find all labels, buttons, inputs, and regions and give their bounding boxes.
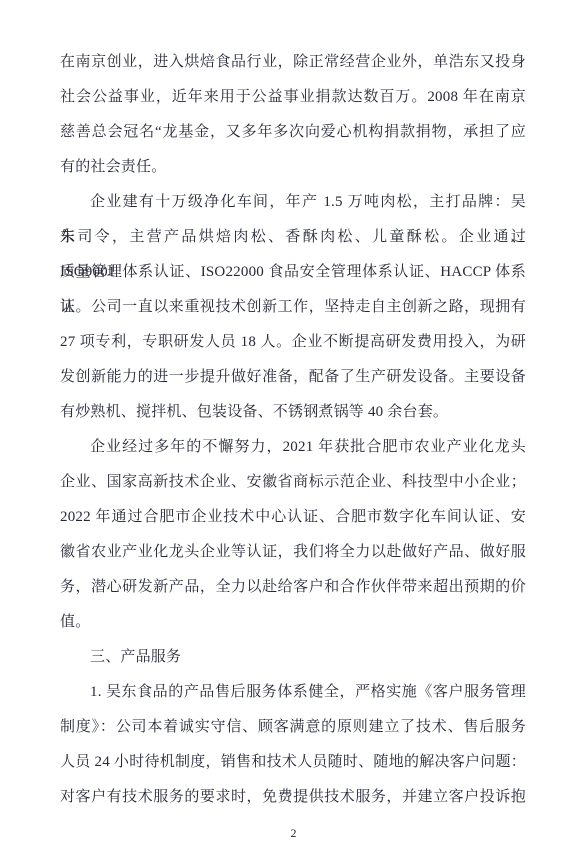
text-line: 质量管理体系认证、ISO22000 食品安全管理体系认证、HACCP 体系认 bbox=[60, 255, 526, 290]
text-line: 2022 年通过合肥市企业技术中心认证、合肥市数字化车间认证、安 bbox=[60, 500, 526, 535]
text-line: 企业、国家高新技术企业、安徽省商标示范企业、科技型中小企业； bbox=[60, 465, 526, 500]
text-line: 值。 bbox=[60, 605, 526, 640]
text-line: 1. 吴东食品的产品售后服务体系健全，严格实施《客户服务管理 bbox=[60, 675, 526, 710]
text-line: 企业建有十万级净化车间，年产 1.5 万吨肉松，主打品牌：吴东、 bbox=[60, 185, 526, 220]
text-line: 证。公司一直以来重视技术创新工作，坚持走自主创新之路，现拥有 bbox=[60, 290, 526, 325]
text-line: 在南京创业，进入烘焙食品行业，除正常经营企业外，单浩东又投身 bbox=[60, 45, 526, 80]
text-line: 企业经过多年的不懈努力，2021 年获批合肥市农业产业化龙头 bbox=[60, 430, 526, 465]
text-line: 制度》：公司本着诚实守信、顾客满意的原则建立了技术、售后服务 bbox=[60, 710, 526, 745]
text-line: 27 项专利，专职研发人员 18 人。企业不断提高研发费用投入，为研 bbox=[60, 325, 526, 360]
page-number: 2 bbox=[0, 826, 587, 840]
document-page: 在南京创业，进入烘焙食品行业，除正常经营企业外，单浩东又投身 社会公益事业，近年… bbox=[0, 0, 587, 860]
text-line: 有炒熟机、搅拌机、包装设备、不锈钢煮锅等 40 余台套。 bbox=[60, 395, 526, 430]
text-line: 徽省农业产业化龙头企业等认证，我们将全力以赴做好产品、做好服 bbox=[60, 535, 526, 570]
document-text-block: 在南京创业，进入烘焙食品行业，除正常经营企业外，单浩东又投身 社会公益事业，近年… bbox=[60, 45, 526, 815]
text-line: 朱司令，主营产品烘焙肉松、香酥肉松、儿童酥松。企业通过 ISO9001 bbox=[60, 220, 526, 255]
text-line: 对客户有技术服务的要求时，免费提供技术服务，并建立客户投诉抱 bbox=[60, 780, 526, 815]
text-line: 务，潜心研发新产品，全力以赴给客户和合作伙伴带来超出预期的价 bbox=[60, 570, 526, 605]
section-heading-product-services: 三、产品服务 bbox=[60, 640, 526, 675]
text-line: 有的社会责任。 bbox=[60, 150, 526, 185]
text-line: 人员 24 小时待机制度，销售和技术人员随时、随地的解决客户问题： bbox=[60, 745, 526, 780]
text-line: 慈善总会冠名“龙基金，又多年多次向爱心机构捐款捐物，承担了应 bbox=[60, 115, 526, 150]
text-line: 发创新能力的进一步提升做好准备，配备了生产研发设备。主要设备 bbox=[60, 360, 526, 395]
text-line: 社会公益事业，近年来用于公益事业捐款达数百万。2008 年在南京 bbox=[60, 80, 526, 115]
